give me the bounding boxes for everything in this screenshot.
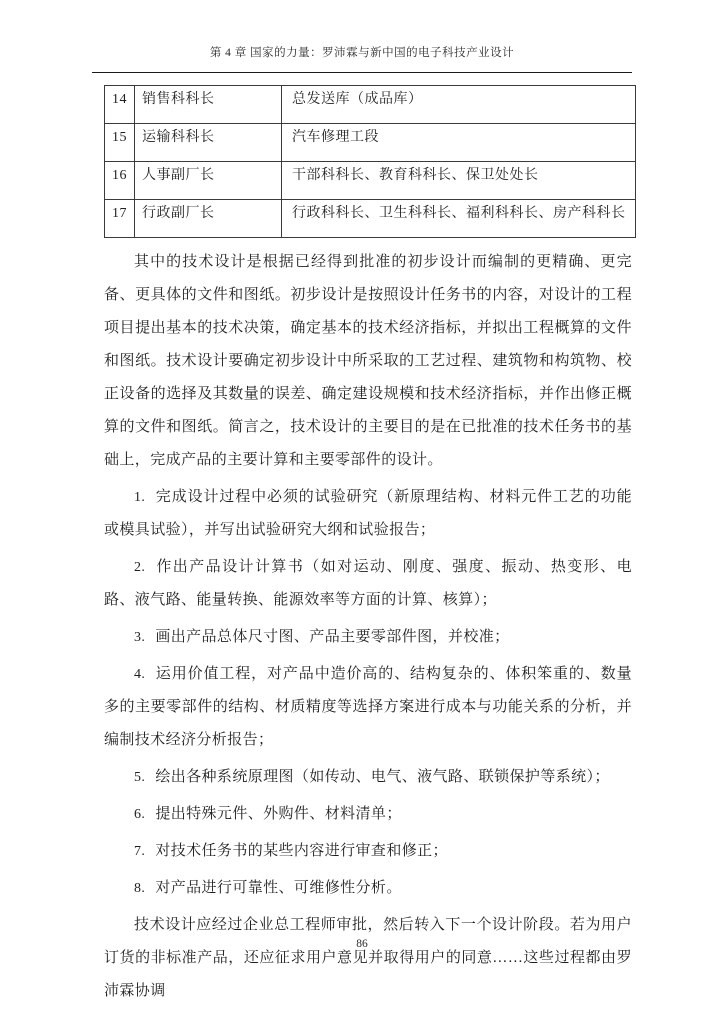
header-rule bbox=[92, 72, 632, 73]
table-cell-num: 16 bbox=[105, 162, 135, 200]
table-cell-position: 行政副厂长 bbox=[135, 200, 282, 238]
list-item-number: 4. bbox=[134, 658, 145, 691]
running-header: 第 4 章 国家的力量：罗沛霖与新中国的电子科技产业设计 bbox=[92, 0, 632, 73]
list-item: 3.画出产品总体尺寸图、产品主要零部件图，并校准； bbox=[104, 621, 632, 654]
table-cell-position: 人事副厂长 bbox=[135, 162, 282, 200]
table-cell-scope: 汽车修理工段 bbox=[282, 124, 636, 162]
list-item-text: 作出产品设计计算书（如对运动、刚度、强度、振动、热变形、电路、液气路、能量转换、… bbox=[104, 559, 632, 608]
list-item: 8.对产品进行可靠性、可维修性分析。 bbox=[104, 872, 632, 905]
org-structure-table: 14 销售科科长 总发送库（成品库） 15 运输科科长 汽车修理工段 16 人事… bbox=[104, 85, 636, 238]
table-cell-scope: 干部科科长、教育科科长、保卫处处长 bbox=[282, 162, 636, 200]
list-item: 7.对技术任务书的某些内容进行审查和修正； bbox=[104, 835, 632, 868]
list-item-text: 提出特殊元件、外购件、材料清单； bbox=[155, 806, 401, 822]
list-item-number: 6. bbox=[134, 798, 145, 831]
list-item-text: 对技术任务书的某些内容进行审查和修正； bbox=[155, 843, 448, 859]
list-item: 4.运用价值工程，对产品中造价高的、结构复杂的、体积笨重的、数量多的主要零部件的… bbox=[104, 658, 632, 757]
page-content: 14 销售科科长 总发送库（成品库） 15 运输科科长 汽车修理工段 16 人事… bbox=[104, 85, 632, 1008]
table-row: 14 销售科科长 总发送库（成品库） bbox=[105, 86, 636, 124]
list-item-number: 1. bbox=[134, 481, 145, 514]
table-cell-scope: 总发送库（成品库） bbox=[282, 86, 636, 124]
table-cell-scope: 行政科科长、卫生科科长、福利科科长、房产科科长 bbox=[282, 200, 636, 238]
document-page: 第 4 章 国家的力量：罗沛霖与新中国的电子科技产业设计 14 销售科科长 总发… bbox=[0, 0, 724, 1023]
list-item-text: 对产品进行可靠性、可维修性分析。 bbox=[155, 880, 401, 896]
table-row: 15 运输科科长 汽车修理工段 bbox=[105, 124, 636, 162]
table-cell-num: 15 bbox=[105, 124, 135, 162]
intro-paragraph: 其中的技术设计是根据已经得到批准的初步设计而编制的更精确、更完备、更具体的文件和… bbox=[104, 246, 632, 477]
page-header-title: 第 4 章 国家的力量：罗沛霖与新中国的电子科技产业设计 bbox=[92, 0, 632, 61]
table-row: 16 人事副厂长 干部科科长、教育科科长、保卫处处长 bbox=[105, 162, 636, 200]
list-item-number: 7. bbox=[134, 835, 145, 868]
list-item-number: 8. bbox=[134, 872, 145, 905]
page-number: 86 bbox=[0, 938, 724, 950]
table-row: 17 行政副厂长 行政科科长、卫生科科长、福利科科长、房产科科长 bbox=[105, 200, 636, 238]
closing-paragraph: 技术设计应经过企业总工程师审批，然后转入下一个设计阶段。若为用户订货的非标准产品… bbox=[104, 909, 632, 1008]
list-item-number: 3. bbox=[134, 621, 145, 654]
list-item-number: 2. bbox=[134, 551, 145, 584]
list-item: 1.完成设计过程中必须的试验研究（新原理结构、材料元件工艺的功能或模具试验），并… bbox=[104, 481, 632, 547]
list-item: 5.绘出各种系统原理图（如传动、电气、液气路、联锁保护等系统）； bbox=[104, 761, 632, 794]
table-cell-position: 销售科科长 bbox=[135, 86, 282, 124]
list-item-text: 画出产品总体尺寸图、产品主要零部件图，并校准； bbox=[155, 629, 509, 645]
list-item: 2.作出产品设计计算书（如对运动、刚度、强度、振动、热变形、电路、液气路、能量转… bbox=[104, 551, 632, 617]
table-cell-num: 14 bbox=[105, 86, 135, 124]
table-cell-num: 17 bbox=[105, 200, 135, 238]
list-item: 6.提出特殊元件、外购件、材料清单； bbox=[104, 798, 632, 831]
list-item-number: 5. bbox=[134, 761, 145, 794]
list-item-text: 运用价值工程，对产品中造价高的、结构复杂的、体积笨重的、数量多的主要零部件的结构… bbox=[104, 666, 632, 748]
list-item-text: 绘出各种系统原理图（如传动、电气、液气路、联锁保护等系统）； bbox=[155, 769, 610, 785]
list-item-text: 完成设计过程中必须的试验研究（新原理结构、材料元件工艺的功能或模具试验），并写出… bbox=[104, 489, 632, 538]
table-cell-position: 运输科科长 bbox=[135, 124, 282, 162]
